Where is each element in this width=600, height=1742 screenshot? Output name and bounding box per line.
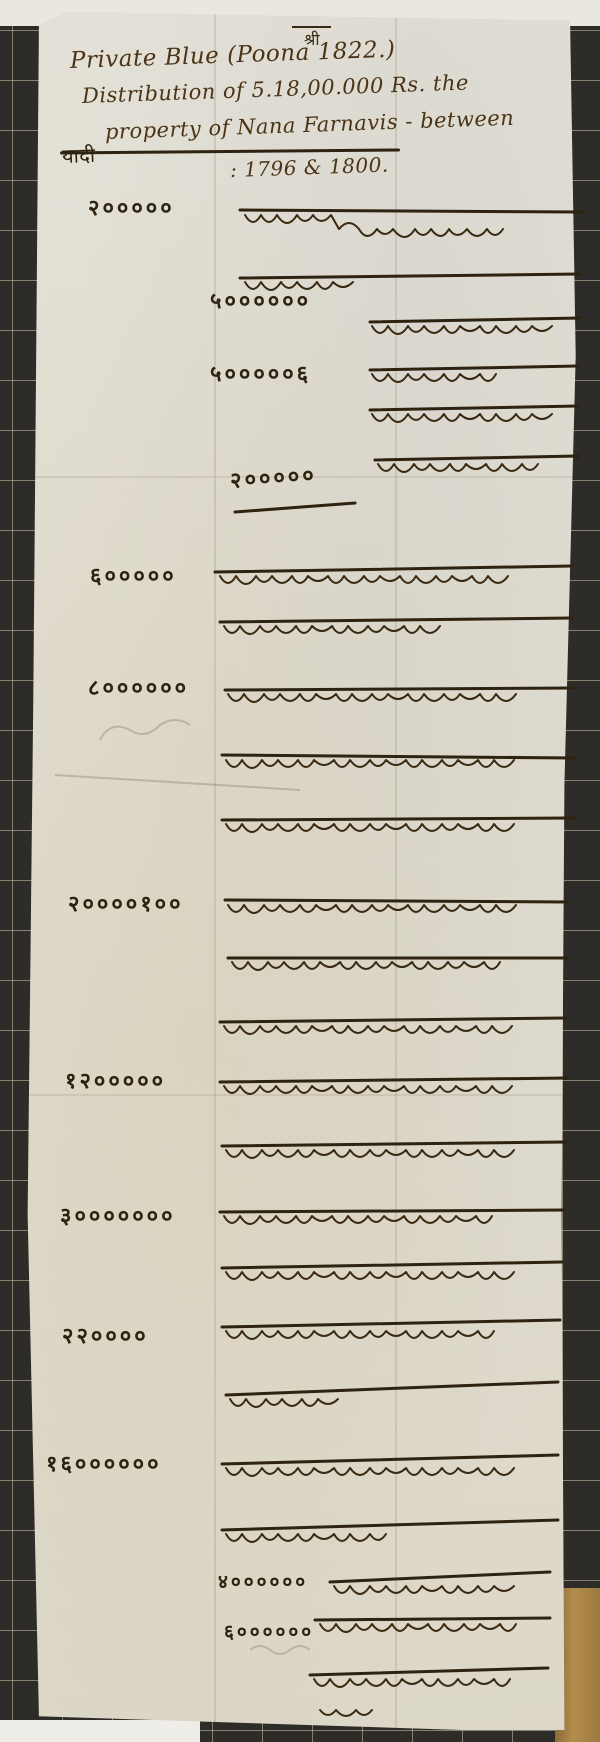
modi-script-lines bbox=[0, 0, 600, 1742]
